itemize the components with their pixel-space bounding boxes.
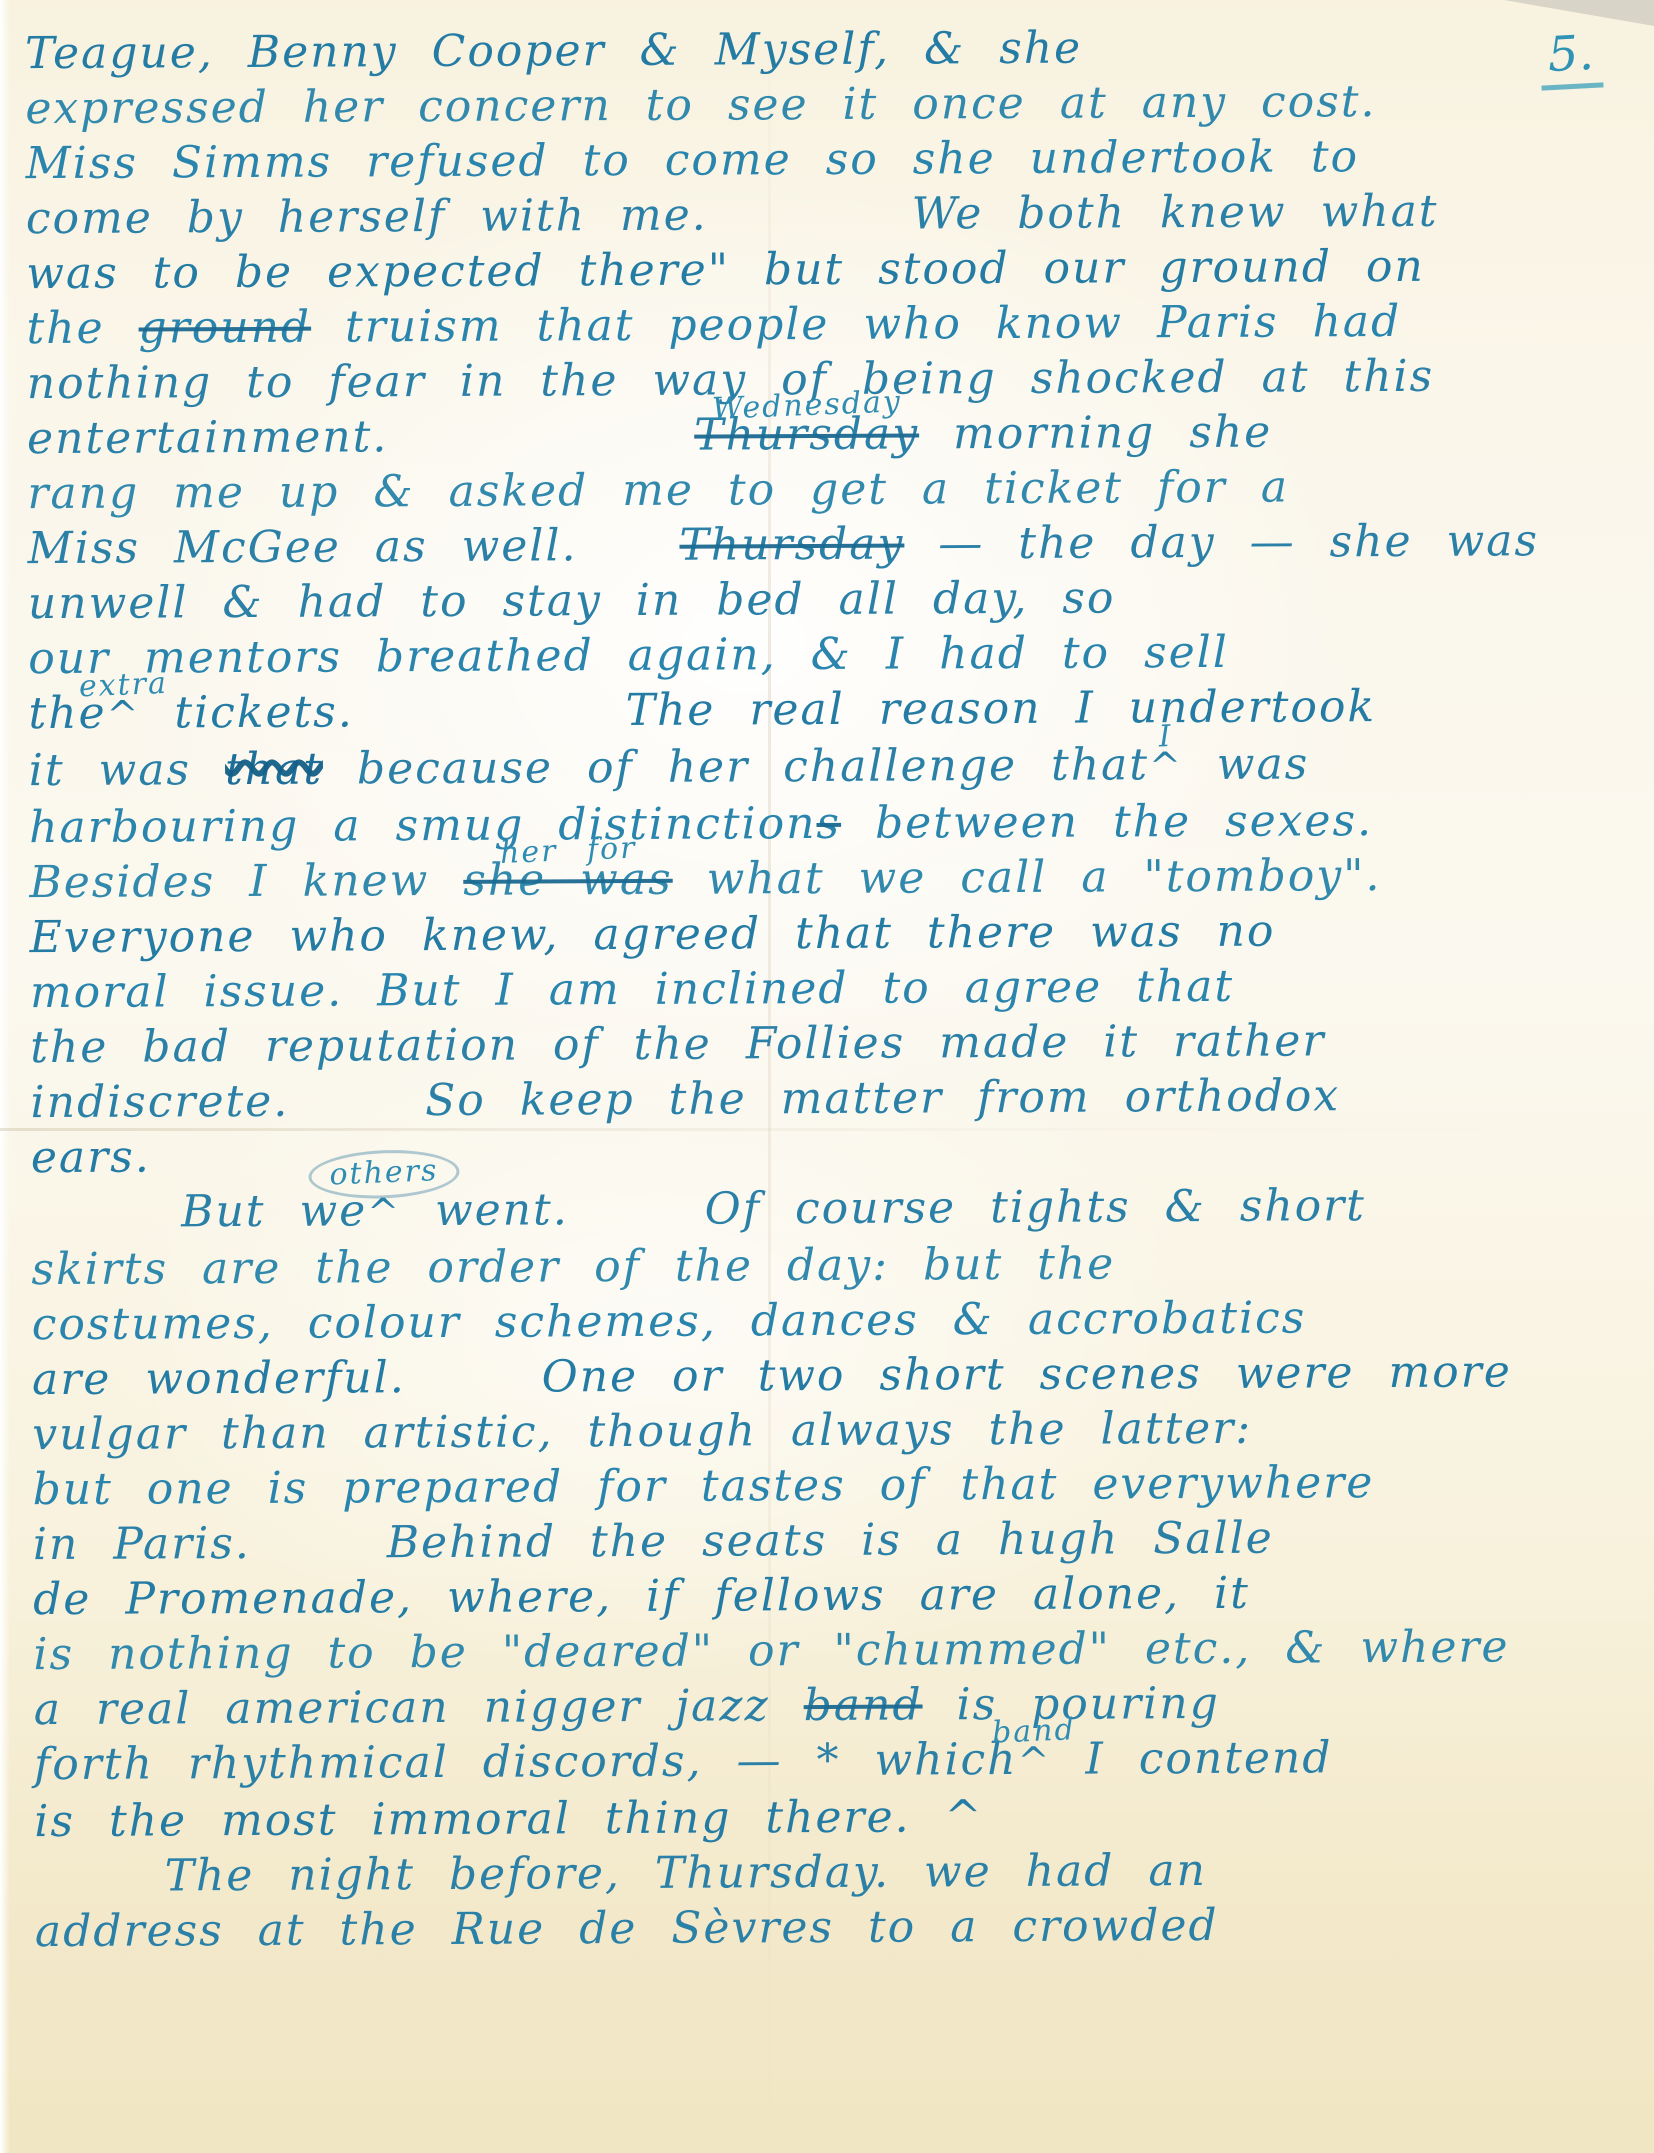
struck-text: Thursday (679, 519, 904, 571)
letter-line: entertainment. WednesdayThursday morning… (27, 403, 1607, 466)
letter-line: are wonderful. One or two short scenes w… (32, 1344, 1612, 1407)
text-segment: the bad reputation of the Follies made i… (30, 1015, 1325, 1073)
letter-line: Everyone who knew, agreed that there was… (30, 902, 1610, 965)
text-segment: went. Of course tights & short (401, 1180, 1366, 1236)
text-segment: — the day — she was (904, 515, 1539, 569)
text-segment: entertainment. (27, 410, 694, 464)
letter-line: vulgar than artistic, though always the … (32, 1399, 1612, 1462)
text-segment: expressed her concern to see it once at … (25, 76, 1376, 134)
text-segment: unwell & had to stay in bed all day, so (28, 572, 1116, 629)
inserted-text: Wednesday (711, 388, 902, 426)
inline-edit: band^ (1017, 1732, 1051, 1789)
letter-line: Teague, Benny Cooper & Myself, & she (25, 18, 1605, 81)
text-segment: I contend (1051, 1732, 1332, 1784)
letter-line: costumes, colour schemes, dances & accro… (32, 1289, 1612, 1352)
text-segment: The night before, Thursday. we had an (165, 1845, 1208, 1901)
inserted-text: band (992, 1715, 1077, 1748)
inserted-text: I (1158, 722, 1173, 753)
inline-edit: others^ (367, 1183, 401, 1240)
text-segment: morning she (919, 407, 1272, 460)
text-segment: harbouring a smug distinction (29, 798, 817, 853)
letter-line: But weothers^ went. Of course tights & s… (31, 1177, 1611, 1242)
text-segment: is the most immoral thing there. ^ (34, 1791, 983, 1847)
text-segment: Everyone who knew, agreed that there was… (30, 906, 1276, 964)
text-segment: come by herself with me. We both knew wh… (26, 186, 1439, 244)
text-segment: tickets. The real reason I undertook (140, 681, 1376, 738)
text-segment: moral issue. But I am inclined to agree … (30, 961, 1234, 1018)
text-segment: what we call a "tomboy". (673, 850, 1382, 905)
letter-line: de Promenade, where, if fellows are alon… (33, 1564, 1613, 1627)
text-segment: our mentors breathed again, & I had to s… (28, 627, 1229, 684)
letter-line: Miss Simms refused to come so she undert… (26, 128, 1606, 191)
text-segment: vulgar than artistic, though always the … (32, 1403, 1252, 1460)
inline-edit: her forshe was (463, 852, 673, 908)
text-segment: but one is prepared for tastes of that e… (32, 1457, 1374, 1515)
text-segment: Besides I knew (29, 855, 463, 908)
letter-line: skirts are the order of the day: but the (31, 1234, 1611, 1297)
text-segment: Miss McGee as well. (28, 520, 680, 574)
letter-lines: Teague, Benny Cooper & Myself, & sheexpr… (25, 18, 1615, 1959)
letter-line: rang me up & asked me to get a ticket fo… (27, 458, 1607, 521)
text-segment: costumes, colour schemes, dances & accro… (32, 1292, 1307, 1350)
text-segment: was (1183, 738, 1310, 790)
text-segment: between the sexes. (841, 795, 1373, 849)
letter-line: The night before, Thursday. we had an (34, 1841, 1614, 1904)
text-segment: forth rhythmical discords, — * which (34, 1734, 1018, 1790)
inserted-text: extra (78, 669, 168, 703)
struck-text: band (804, 1679, 923, 1731)
letter-line: Besides I knew her forshe was what we ca… (29, 847, 1609, 910)
text-segment: because of her challenge that (323, 739, 1149, 794)
letter-line: moral issue. But I am inclined to agree … (30, 957, 1610, 1020)
letter-line: harbouring a smug distinctions between t… (29, 792, 1609, 855)
text-segment: address at the Rue de Sèvres to a crowde… (35, 1900, 1219, 1957)
letter-line: expressed her concern to see it once at … (25, 73, 1605, 136)
text-segment: a real american nigger jazz (34, 1680, 804, 1735)
letter-line: Miss McGee as well. Thursday — the day —… (28, 513, 1608, 576)
text-segment: Teague, Benny Cooper & Myself, & she (25, 23, 1082, 80)
text-segment: truism that people who know Paris had (311, 296, 1401, 353)
text-segment: was to be expected there" but stood our … (26, 241, 1425, 299)
letter-line: a real american nigger jazz band is pour… (34, 1674, 1614, 1737)
text-segment: are wonderful. One or two short scenes w… (32, 1346, 1512, 1405)
text-segment: rang me up & asked me to get a ticket fo… (27, 462, 1289, 520)
text-segment: skirts are the order of the day: but the (31, 1238, 1115, 1295)
scribbled-text: that (225, 744, 323, 796)
letter-line: in Paris. Behind the seats is a hugh Sal… (33, 1509, 1613, 1572)
letter-line: indiscrete. So keep the matter from orth… (30, 1067, 1610, 1130)
text-segment: it was (29, 744, 225, 796)
letter-line: address at the Rue de Sèvres to a crowde… (35, 1896, 1615, 1959)
text-segment: indiscrete. So keep the matter from orth… (30, 1070, 1340, 1128)
letter-line: the ground truism that people who know P… (26, 293, 1606, 356)
inline-edit: I^ (1149, 737, 1183, 794)
struck-text: s (816, 798, 841, 849)
letter-line: is nothing to be "deared" or "chummed" e… (33, 1619, 1613, 1682)
text-segment: de Promenade, where, if fellows are alon… (33, 1568, 1250, 1625)
struck-text: ground (138, 302, 311, 354)
letter-line: ears. (31, 1122, 1611, 1185)
text-segment: is nothing to be "deared" or "chummed" e… (33, 1621, 1509, 1680)
letter-line: but one is prepared for tastes of that e… (32, 1454, 1612, 1517)
letter-line: come by herself with me. We both knew wh… (26, 183, 1606, 246)
text-segment: in Paris. Behind the seats is a hugh Sal… (33, 1513, 1274, 1570)
letter-page: 5. Teague, Benny Cooper & Myself, & shee… (0, 0, 1654, 2153)
letter-line: it was that because of her challenge tha… (29, 735, 1609, 800)
letter-line: theextra^ tickets. The real reason I und… (28, 678, 1608, 743)
inline-edit: WednesdayThursday (694, 406, 919, 462)
inserted-text: her for (499, 834, 637, 869)
letter-line: is the most immoral thing there. ^ (34, 1786, 1614, 1849)
letter-line: forth rhythmical discords, — * whichband… (34, 1729, 1614, 1794)
inline-edit: extra^ (106, 686, 140, 743)
letter-line: our mentors breathed again, & I had to s… (28, 623, 1608, 686)
letter-line: the bad reputation of the Follies made i… (30, 1012, 1610, 1075)
text-segment: ears. (31, 1132, 151, 1184)
letter-line: was to be expected there" but stood our … (26, 238, 1606, 301)
text-segment: the (26, 303, 138, 355)
text-segment: Miss Simms refused to come so she undert… (26, 131, 1360, 189)
letter-line: unwell & had to stay in bed all day, so (28, 568, 1608, 631)
